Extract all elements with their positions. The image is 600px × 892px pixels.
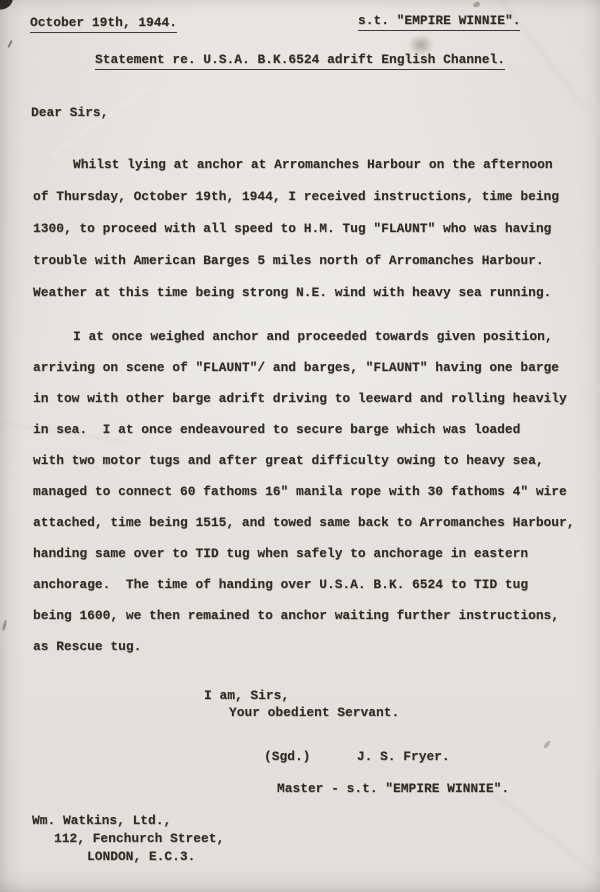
header-vessel-text: s.t. "EMPIRE WINNIE". (358, 13, 520, 31)
letter-line: in sea. I at once endeavoured to secure … (33, 414, 575, 445)
subject-text: Statement re. U.S.A. B.K.6524 adrift Eng… (95, 52, 505, 70)
sender-address: Wm. Watkins, Ltd., 112, Fenchurch Street… (32, 812, 224, 866)
letter-line: 1300, to proceed with all speed to H.M. … (33, 213, 559, 245)
signature-line: (Sgd.) J. S. Fryer. (264, 749, 450, 764)
closing-line-2: Your obedient Servant. (204, 704, 399, 721)
paragraph-1: Whilst lying at anchor at Arromanches Ha… (33, 149, 559, 309)
pencil-tick (2, 620, 7, 631)
closing-block: I am, Sirs, Your obedient Servant. (204, 687, 399, 721)
address-city: LONDON, E.C.3. (32, 848, 224, 866)
paper-speck (472, 1, 480, 8)
letter-line: Weather at this time being strong N.E. w… (33, 277, 559, 309)
header-vessel-name: s.t. "EMPIRE WINNIE". (358, 13, 520, 28)
address-company: Wm. Watkins, Ltd., (32, 812, 224, 830)
closing-line-1: I am, Sirs, (204, 687, 399, 704)
letter-line: in tow with other barge adrift driving t… (33, 383, 575, 414)
letter-line: arriving on scene of "FLAUNT"/ and barge… (33, 352, 575, 383)
paper-crease (50, 86, 149, 156)
letter-line: handing same over to TID tug when safely… (33, 538, 575, 569)
letter-line: as Rescue tug. (33, 631, 575, 662)
letter-line: anchorage. The time of handing over U.S.… (33, 569, 575, 600)
letter-line: being 1600, we then remained to anchor w… (33, 600, 575, 631)
salutation: Dear Sirs, (31, 105, 108, 120)
paper-speck (543, 740, 552, 749)
letter-line: attached, time being 1515, and towed sam… (33, 507, 575, 538)
corner-stain (0, 0, 14, 10)
address-street: 112, Fenchurch Street, (32, 830, 224, 848)
letter-line: with two motor tugs and after great diff… (33, 445, 575, 476)
letter-line: trouble with American Barges 5 miles nor… (33, 245, 559, 277)
letter-line: managed to connect 60 fathoms 16" manila… (33, 476, 575, 507)
letter-line: Whilst lying at anchor at Arromanches Ha… (33, 149, 559, 181)
master-title-line: Master - s.t. "EMPIRE WINNIE". (277, 781, 509, 796)
subject-line: Statement re. U.S.A. B.K.6524 adrift Eng… (0, 52, 600, 67)
paper-crease (487, 788, 600, 892)
paragraph-2: I at once weighed anchor and proceeded t… (33, 321, 575, 662)
pencil-tick (7, 40, 13, 48)
document-page: October 19th, 1944. s.t. "EMPIRE WINNIE"… (0, 0, 600, 892)
header-date: October 19th, 1944. (30, 15, 177, 30)
header-date-text: October 19th, 1944. (30, 15, 177, 33)
letter-line: I at once weighed anchor and proceeded t… (33, 321, 575, 352)
letter-line: of Thursday, October 19th, 1944, I recei… (33, 181, 559, 213)
